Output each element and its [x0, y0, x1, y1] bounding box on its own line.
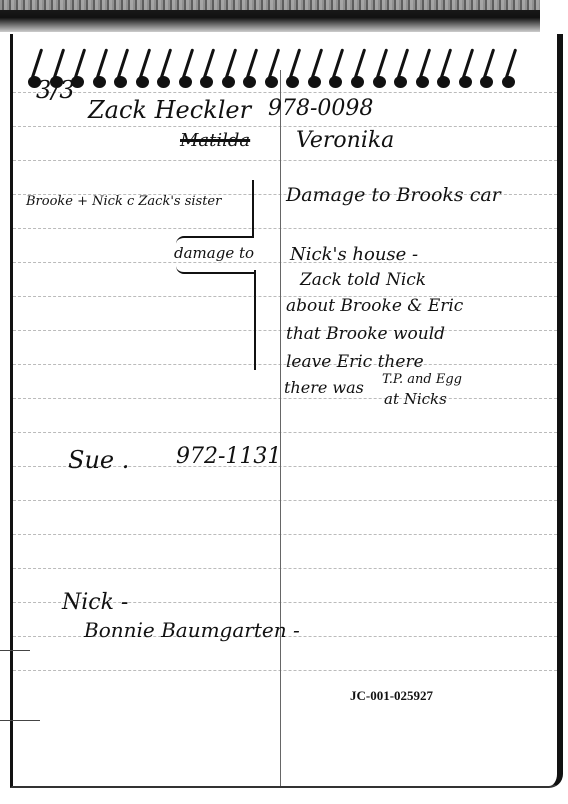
spiral-coil — [178, 46, 194, 92]
entry-zack-told: Zack told Nick — [300, 270, 426, 290]
entry-zack-name: Zack Heckler — [88, 96, 251, 124]
spiral-coil — [156, 46, 172, 92]
entry-bonnie: Bonnie Baumgarten - — [84, 618, 300, 642]
entry-leave-eric: leave Eric there — [286, 352, 424, 372]
ruled-line — [13, 228, 557, 229]
ruled-line — [13, 568, 557, 569]
entry-struck-name: Matilda — [180, 130, 250, 151]
entry-nick: Nick - — [62, 590, 128, 615]
ruled-line — [13, 398, 557, 399]
ruled-line — [13, 670, 557, 671]
entry-damage-to: damage to — [174, 244, 254, 262]
scan-shadow-top — [0, 0, 540, 32]
spiral-coil — [285, 46, 301, 92]
ruled-line — [13, 432, 557, 433]
ruled-line — [13, 262, 557, 263]
entry-there-was: there was — [284, 378, 364, 397]
entry-sue-phone: 972-1131 — [176, 444, 281, 469]
entry-zack-phone: 978-0098 — [268, 96, 373, 121]
bracket-vertical-top — [252, 180, 254, 236]
entry-that-brooke: that Brooke would — [286, 324, 445, 344]
spiral-coil — [199, 46, 215, 92]
entry-nicks-house: Nick's house - — [290, 244, 418, 265]
spiral-coil — [221, 46, 237, 92]
scanned-notebook-page: 3/3 Zack Heckler 978-0098 Matilda Veroni… — [0, 0, 568, 804]
ruled-line — [13, 500, 557, 501]
spiral-coil — [264, 46, 280, 92]
entry-sue: Sue . — [68, 446, 129, 474]
entry-veronika: Veronika — [296, 128, 394, 153]
ruled-line — [13, 160, 557, 161]
ruled-line — [13, 126, 557, 127]
spiral-coil — [501, 46, 517, 92]
page-edge-line — [0, 720, 40, 721]
bates-number: JC-001-025927 — [350, 688, 433, 704]
ruled-line — [13, 330, 557, 331]
date-note: 3/3 — [36, 76, 75, 104]
ruled-line — [13, 296, 557, 297]
entry-damage-car: Damage to Brooks car — [286, 184, 501, 206]
spiral-coil — [372, 46, 388, 92]
spiral-coil — [393, 46, 409, 92]
page-edge-line — [0, 650, 30, 651]
bracket-vertical-bottom — [254, 270, 256, 370]
center-margin-line — [280, 70, 281, 786]
spiral-coil — [415, 46, 431, 92]
spiral-coil — [436, 46, 452, 92]
entry-brooke-nick: Brooke + Nick c Zack's sister — [26, 194, 221, 209]
spiral-coil — [242, 46, 258, 92]
entry-at-nicks: at Nicks — [384, 390, 447, 408]
spiral-coil — [328, 46, 344, 92]
entry-tp-and-egg: T.P. and Egg — [382, 372, 462, 387]
entry-about-brooke: about Brooke & Eric — [286, 296, 463, 316]
spiral-coil — [350, 46, 366, 92]
spiral-coil — [135, 46, 151, 92]
spiral-coil — [479, 46, 495, 92]
ruled-line — [13, 534, 557, 535]
ruled-line — [13, 92, 557, 93]
ruled-line — [13, 364, 557, 365]
spiral-coil — [307, 46, 323, 92]
spiral-coil — [92, 46, 108, 92]
notebook-sheet — [10, 34, 563, 788]
spiral-binding — [27, 46, 517, 92]
spiral-coil — [458, 46, 474, 92]
spiral-coil — [113, 46, 129, 92]
